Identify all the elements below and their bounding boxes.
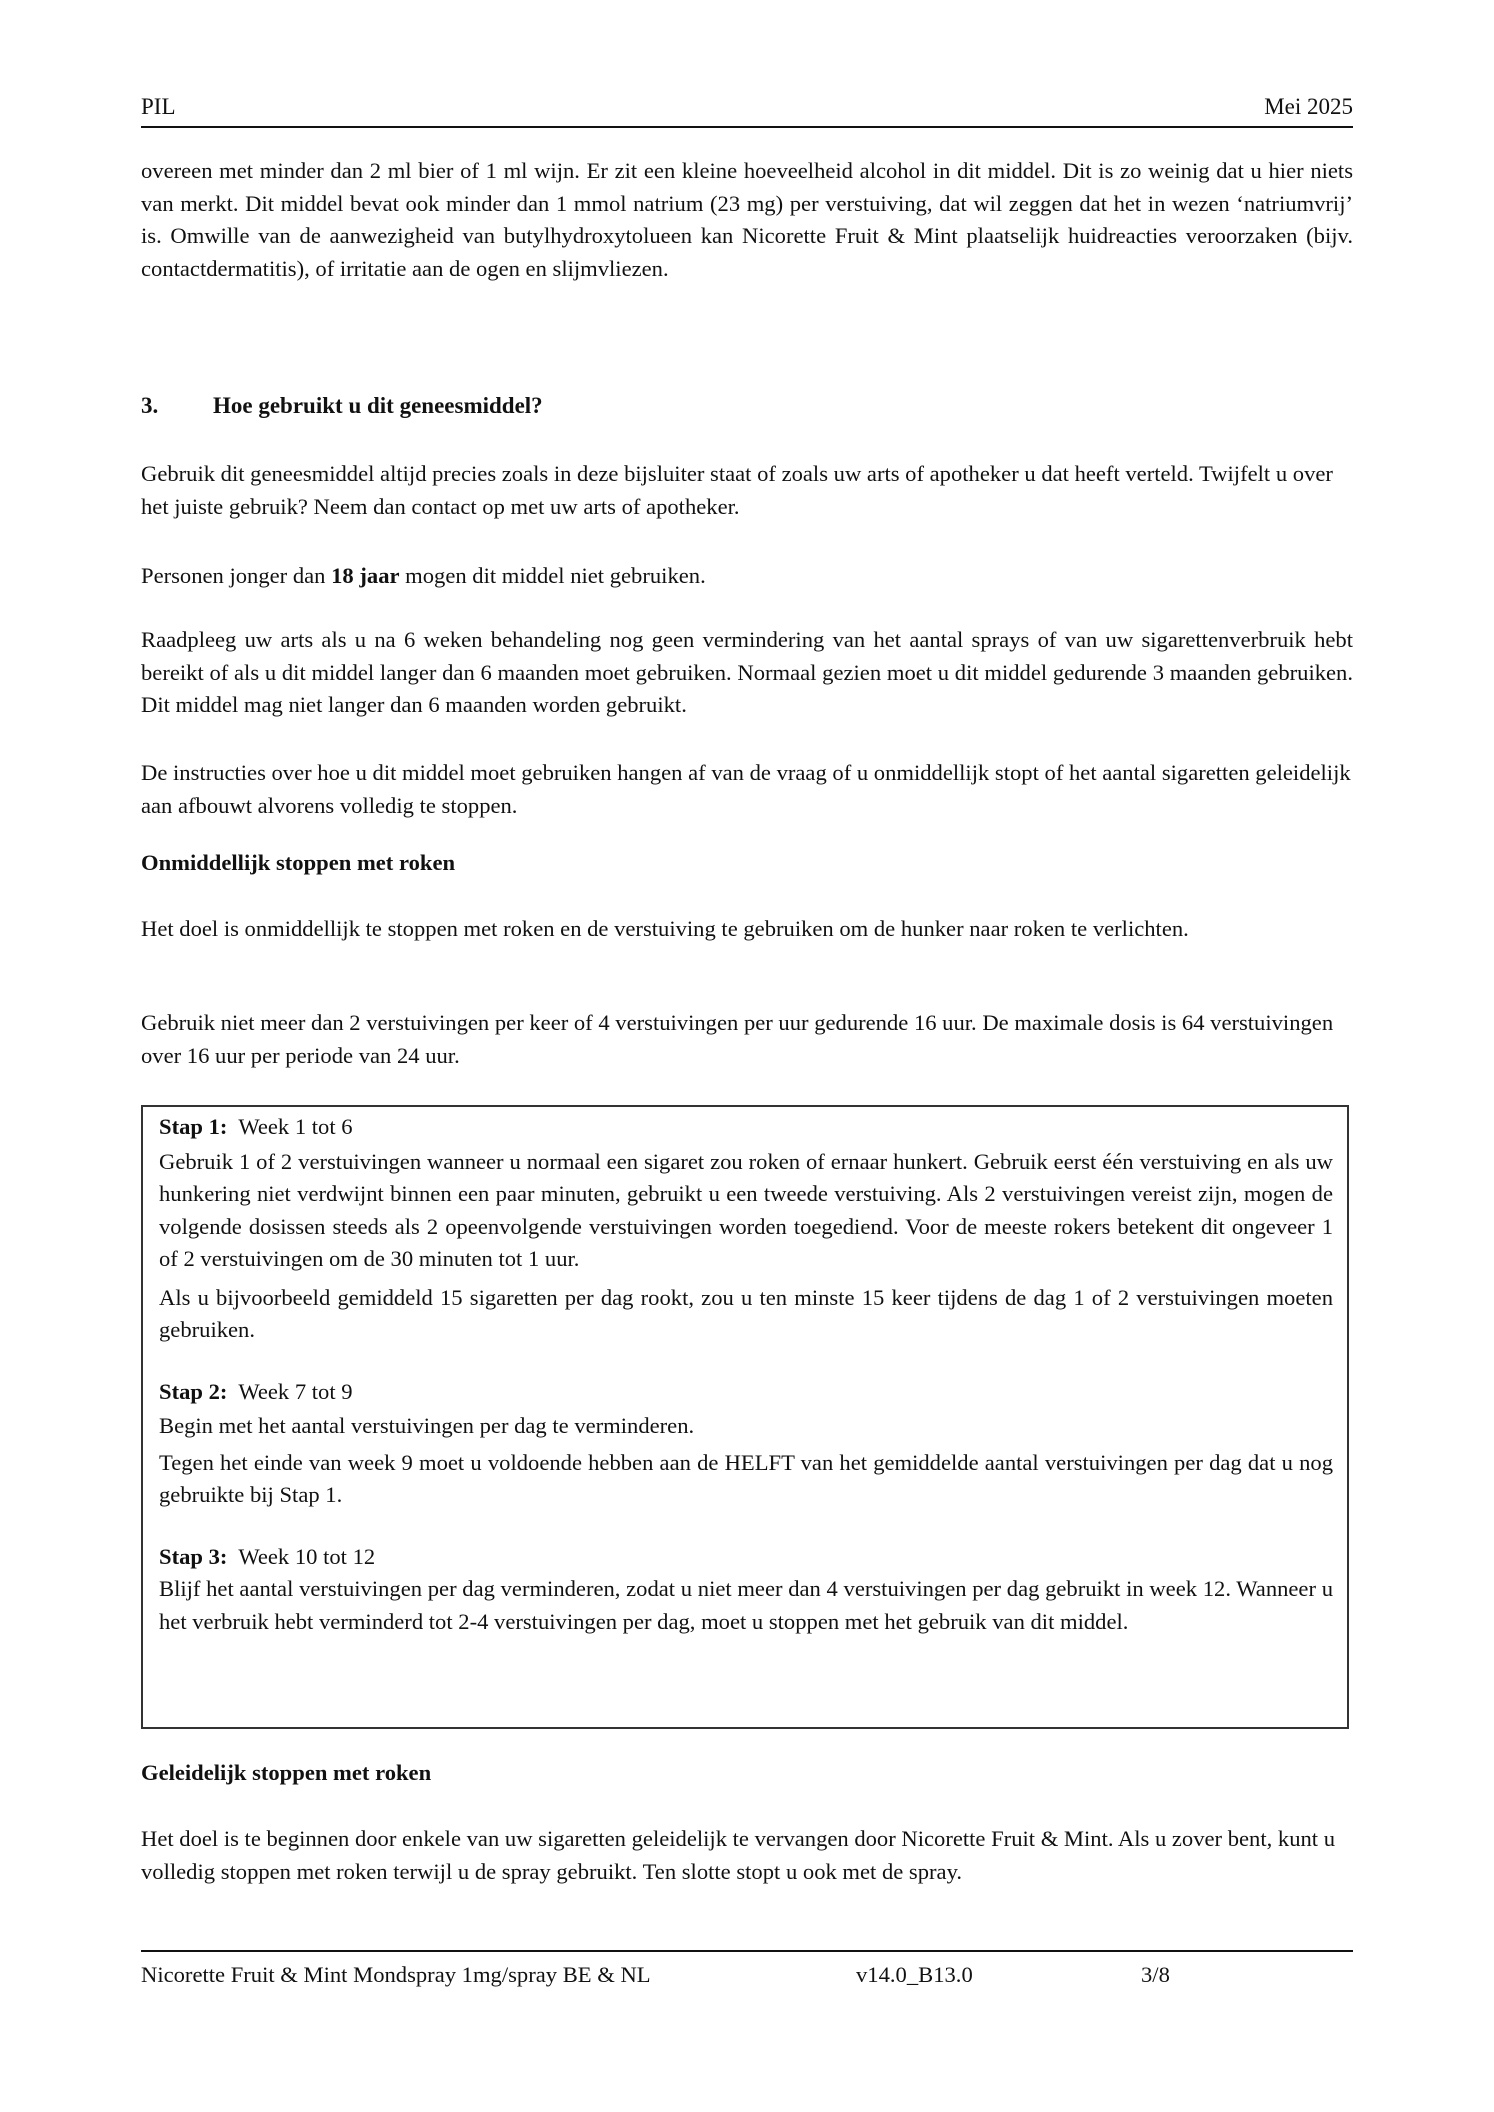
step-2-para-2: Tegen het einde van week 9 moet u voldoe… — [159, 1447, 1333, 1512]
gradual-heading-block: Geleidelijk stoppen met roken — [141, 1760, 1353, 1786]
age-restriction-paragraph: Personen jonger dan 18 jaar mogen dit mi… — [141, 560, 1353, 593]
intro-paragraph: overeen met minder dan 2 ml bier of 1 ml… — [141, 155, 1353, 285]
section-3-para-3-block: Raadpleeg uw arts als u na 6 weken behan… — [141, 624, 1353, 722]
footer-version: v14.0_B13.0 — [856, 1962, 973, 1988]
step-1-para-1: Gebruik 1 of 2 verstuivingen wanneer u n… — [159, 1146, 1333, 1276]
section-3-para-1-block: Gebruik dit geneesmiddel altijd precies … — [141, 458, 1353, 523]
step-2-period: Week 7 tot 9 — [238, 1379, 352, 1404]
header-doc-type: PIL — [141, 94, 176, 120]
step-3-para-1: Blijf het aantal verstuivingen per dag v… — [159, 1573, 1333, 1638]
dosage-steps-box: Stap 1: Week 1 tot 6 Gebruik 1 of 2 vers… — [141, 1105, 1349, 1729]
step-1-label: Stap 1: — [159, 1114, 227, 1139]
section-3-heading: 3.Hoe gebruikt u dit geneesmiddel? — [141, 393, 1353, 419]
intro-block: overeen met minder dan 2 ml bier of 1 ml… — [141, 155, 1353, 285]
step-1-para-2: Als u bijvoorbeeld gemiddeld 15 sigarett… — [159, 1282, 1333, 1347]
step-2-label: Stap 2: — [159, 1379, 227, 1404]
immediate-heading: Onmiddellijk stoppen met roken — [141, 850, 1353, 876]
section-3-para-2-block: Personen jonger dan 18 jaar mogen dit mi… — [141, 560, 1353, 593]
age-post: mogen dit middel niet gebruiken. — [400, 563, 706, 588]
step-2-para-1: Begin met het aantal verstuivingen per d… — [159, 1410, 1333, 1443]
section-3-para-1: Gebruik dit geneesmiddel altijd precies … — [141, 458, 1353, 523]
age-bold: 18 jaar — [331, 563, 399, 588]
step-3-period: Week 10 tot 12 — [238, 1544, 375, 1569]
step-2-title: Stap 2: Week 7 tot 9 — [159, 1376, 1333, 1409]
step-3-label: Stap 3: — [159, 1544, 227, 1569]
immediate-para-1-block: Het doel is onmiddellijk te stoppen met … — [141, 913, 1353, 946]
step-1-period: Week 1 tot 6 — [238, 1114, 352, 1139]
immediate-para-2-block: Gebruik niet meer dan 2 verstuivingen pe… — [141, 1007, 1353, 1072]
immediate-para-2: Gebruik niet meer dan 2 verstuivingen pe… — [141, 1007, 1353, 1072]
gradual-heading: Geleidelijk stoppen met roken — [141, 1760, 1353, 1786]
immediate-para-1: Het doel is onmiddellijk te stoppen met … — [141, 913, 1353, 946]
gradual-para-1-block: Het doel is te beginnen door enkele van … — [141, 1823, 1353, 1888]
footer-product: Nicorette Fruit & Mint Mondspray 1mg/spr… — [141, 1962, 651, 1988]
page-header: PIL Mei 2025 — [141, 94, 1353, 128]
age-pre: Personen jonger dan — [141, 563, 331, 588]
section-3-para-3: Raadpleeg uw arts als u na 6 weken behan… — [141, 624, 1353, 722]
step-1-title: Stap 1: Week 1 tot 6 — [159, 1111, 1333, 1144]
gradual-para-1: Het doel is te beginnen door enkele van … — [141, 1823, 1353, 1888]
section-number: 3. — [141, 393, 213, 419]
page-footer: Nicorette Fruit & Mint Mondspray 1mg/spr… — [141, 1950, 1353, 1952]
immediate-heading-block: Onmiddellijk stoppen met roken — [141, 850, 1353, 876]
step-3-title: Stap 3: Week 10 tot 12 — [159, 1541, 1333, 1574]
section-3-para-4: De instructies over hoe u dit middel moe… — [141, 757, 1353, 822]
section-title: Hoe gebruikt u dit geneesmiddel? — [213, 393, 543, 418]
section-3-para-4-block: De instructies over hoe u dit middel moe… — [141, 757, 1353, 822]
footer-page-number: 3/8 — [1141, 1962, 1170, 1988]
header-date: Mei 2025 — [1264, 94, 1353, 120]
